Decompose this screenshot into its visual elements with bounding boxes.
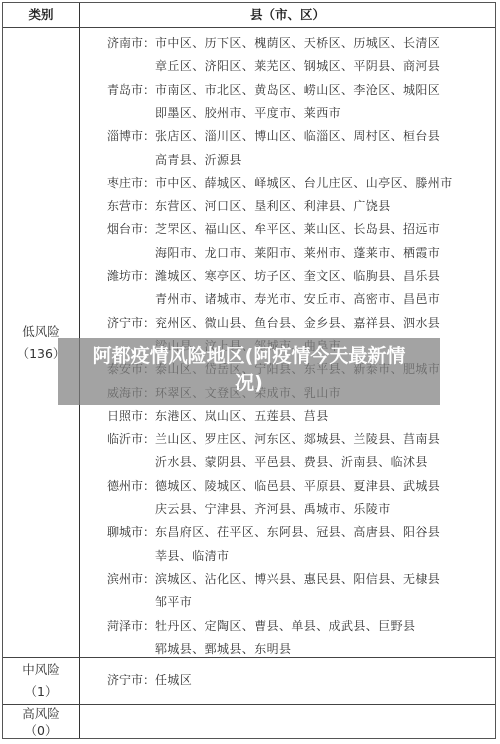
city-name: 菏泽市： (99, 615, 155, 638)
region-line: 淄博市：张店区、淄川区、博山区、临淄区、周村区、桓台县 (80, 125, 495, 148)
district-list: 滨城区、沾化区、博兴县、惠民县、阳信县、无棣县 (155, 568, 440, 591)
region-line: 青岛市：市南区、市北区、黄岛区、崂山区、李沧区、城阳区 (80, 79, 495, 102)
region-line: 济南市：市中区、历下区、槐荫区、天桥区、历城区、长清区 (80, 32, 495, 55)
city-name: 青岛市： (99, 79, 155, 102)
district-list: 章丘区、济阳区、莱芜区、钢城区、平阴县、商河县 (155, 55, 440, 78)
region-line: 青州市、诸城市、寿光市、安丘市、高密市、昌邑市 (80, 288, 495, 311)
city-name: 东营市： (99, 195, 155, 218)
district-list: 芝罘区、福山区、牟平区、莱山区、长岛县、招远市 (155, 218, 440, 241)
region-line: 德州市：德城区、陵城区、临邑县、平原县、夏津县、武城县 (80, 475, 495, 498)
city-name: 枣庄市： (99, 172, 155, 195)
overlay-title-line1: 阿都疫情风险地区(阿疫情今天最新情 (58, 343, 440, 370)
category-count: （1） (25, 681, 58, 703)
city-name: 济宁市： (80, 669, 155, 692)
city-name: 潍坊市： (99, 265, 155, 288)
city-name: 滨州市： (99, 568, 155, 591)
region-line: 高青县、沂源县 (80, 149, 495, 172)
district-list: 东港区、岚山区、五莲县、莒县 (155, 405, 329, 428)
category-medium-risk: 中风险 （1） (3, 658, 79, 704)
region-line: 菏泽市：牡丹区、定陶区、曹县、单县、成武县、巨野县 (80, 615, 495, 638)
city-name: 聊城市： (99, 521, 155, 544)
region-line: 邹平市 (80, 591, 495, 614)
category-label: 中风险 (22, 659, 60, 681)
district-list: 市中区、薛城区、峄城区、台儿庄区、山亭区、滕州市 (155, 172, 453, 195)
region-line: 日照市：东港区、岚山区、五莲县、莒县 (80, 405, 495, 428)
category-high-risk: 高风险 （0） (3, 705, 79, 739)
district-list: 即墨区、胶州市、平度市、莱西市 (155, 102, 341, 125)
region-line: 济宁市： 任城区 (80, 669, 495, 692)
district-list: 东昌府区、茌平区、东阿县、冠县、高唐县、阳谷县 (155, 521, 440, 544)
region-line: 烟台市：芝罘区、福山区、牟平区、莱山区、长岛县、招远市 (80, 218, 495, 241)
district-list: 潍城区、寒亭区、坊子区、奎文区、临朐县、昌乐县 (155, 265, 440, 288)
region-line: 海阳市、龙口市、莱阳市、莱州市、蓬莱市、栖霞市 (80, 242, 495, 265)
city-name: 淄博市： (99, 125, 155, 148)
district-list: 任城区 (155, 669, 192, 692)
district-list: 兖州区、微山县、鱼台县、金乡县、嘉祥县、泗水县 (155, 312, 440, 335)
header-region: 县（市、区） (80, 3, 495, 27)
region-line: 莘县、临清市 (80, 545, 495, 568)
region-line: 枣庄市：市中区、薛城区、峄城区、台儿庄区、山亭区、滕州市 (80, 172, 495, 195)
region-line: 东营市：东营区、河口区、垦利区、利津县、广饶县 (80, 195, 495, 218)
city-name: 临沂市： (99, 428, 155, 451)
high-risk-regions (80, 705, 495, 739)
header-category: 类别 (3, 3, 79, 27)
district-list: 高青县、沂源县 (155, 149, 242, 172)
city-name: 烟台市： (99, 218, 155, 241)
region-line: 济宁市：兖州区、微山县、鱼台县、金乡县、嘉祥县、泗水县 (80, 312, 495, 335)
region-line: 章丘区、济阳区、莱芜区、钢城区、平阴县、商河县 (80, 55, 495, 78)
city-name: 德州市： (99, 475, 155, 498)
region-line: 即墨区、胶州市、平度市、莱西市 (80, 102, 495, 125)
district-list: 牡丹区、定陶区、曹县、单县、成武县、巨野县 (155, 615, 415, 638)
district-list: 海阳市、龙口市、莱阳市、莱州市、蓬莱市、栖霞市 (155, 242, 440, 265)
region-line: 临沂市：兰山区、罗庄区、河东区、郯城县、兰陵县、莒南县 (80, 428, 495, 451)
district-list: 邹平市 (155, 591, 192, 614)
region-line: 滨州市：滨城区、沾化区、博兴县、惠民县、阳信县、无棣县 (80, 568, 495, 591)
district-list: 张店区、淄川区、博山区、临淄区、周村区、桓台县 (155, 125, 440, 148)
district-list: 德城区、陵城区、临邑县、平原县、夏津县、武城县 (155, 475, 440, 498)
article-title-overlay: 阿都疫情风险地区(阿疫情今天最新情 况) (58, 338, 440, 405)
region-line: 庆云县、宁津县、齐河县、禹城市、乐陵市 (80, 498, 495, 521)
city-name: 济南市： (99, 32, 155, 55)
district-list: 东营区、河口区、垦利区、利津县、广饶县 (155, 195, 391, 218)
district-list: 市中区、历下区、槐荫区、天桥区、历城区、长清区 (155, 32, 440, 55)
medium-risk-regions: 济宁市： 任城区 (80, 658, 495, 704)
overlay-title-line2: 况) (58, 370, 440, 397)
city-name: 济宁市： (99, 312, 155, 335)
district-list: 沂水县、蒙阴县、平邑县、费县、沂南县、临沭县 (155, 451, 428, 474)
category-label: 高风险 (22, 705, 60, 722)
district-list: 庆云县、宁津县、齐河县、禹城市、乐陵市 (155, 498, 391, 521)
region-line: 潍坊市：潍城区、寒亭区、坊子区、奎文区、临朐县、昌乐县 (80, 265, 495, 288)
district-list: 青州市、诸城市、寿光市、安丘市、高密市、昌邑市 (155, 288, 440, 311)
category-count: （0） (25, 722, 58, 739)
district-list: 兰山区、罗庄区、河东区、郯城县、兰陵县、莒南县 (155, 428, 440, 451)
region-line: 沂水县、蒙阴县、平邑县、费县、沂南县、临沭县 (80, 451, 495, 474)
district-list: 市南区、市北区、黄岛区、崂山区、李沧区、城阳区 (155, 79, 440, 102)
category-label: 低风险 (22, 321, 60, 343)
district-list: 莘县、临清市 (155, 545, 229, 568)
city-name: 日照市： (99, 405, 155, 428)
region-line: 聊城市：东昌府区、茌平区、东阿县、冠县、高唐县、阳谷县 (80, 521, 495, 544)
